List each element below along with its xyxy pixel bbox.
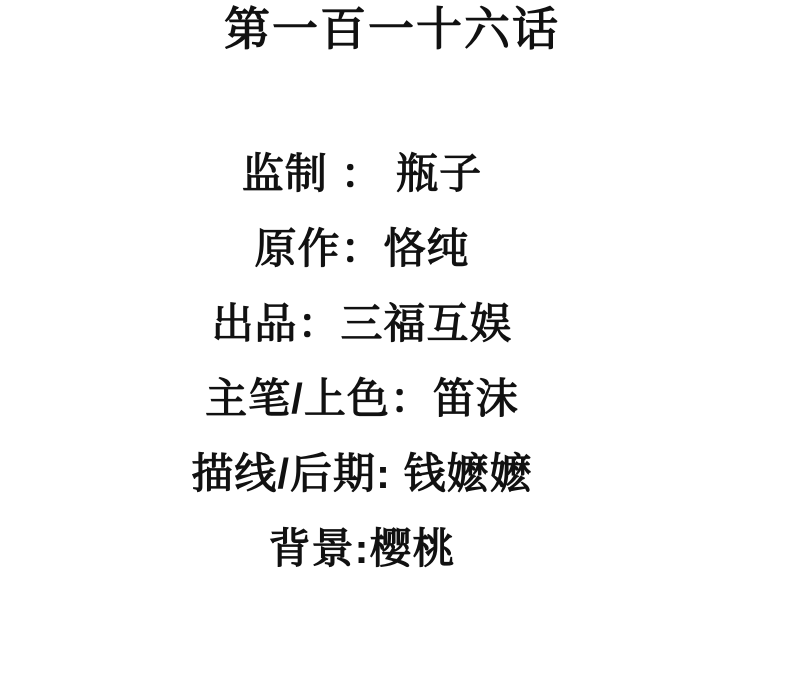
credits-list: 监制 ： 瓶子 原作：恪纯 出品：三福互娱 主笔/上色：笛沫 描线/后期: 钱嬷… bbox=[0, 136, 762, 586]
credit-line-producer: 出品：三福互娱 bbox=[0, 286, 762, 361]
credit-line-lineart-postproduction: 描线/后期: 钱嬷嬷 bbox=[0, 436, 762, 511]
credit-line-supervisor: 监制 ： 瓶子 bbox=[0, 136, 762, 211]
chapter-title: 第一百一十六话 bbox=[0, 2, 792, 56]
credit-line-original-author: 原作：恪纯 bbox=[0, 211, 762, 286]
credit-line-background: 背景:樱桃 bbox=[0, 511, 762, 586]
credits-page: 第一百一十六话 监制 ： 瓶子 原作：恪纯 出品：三福互娱 主笔/上色：笛沫 描… bbox=[0, 0, 800, 675]
credit-line-lead-artist-coloring: 主笔/上色：笛沫 bbox=[0, 361, 762, 436]
